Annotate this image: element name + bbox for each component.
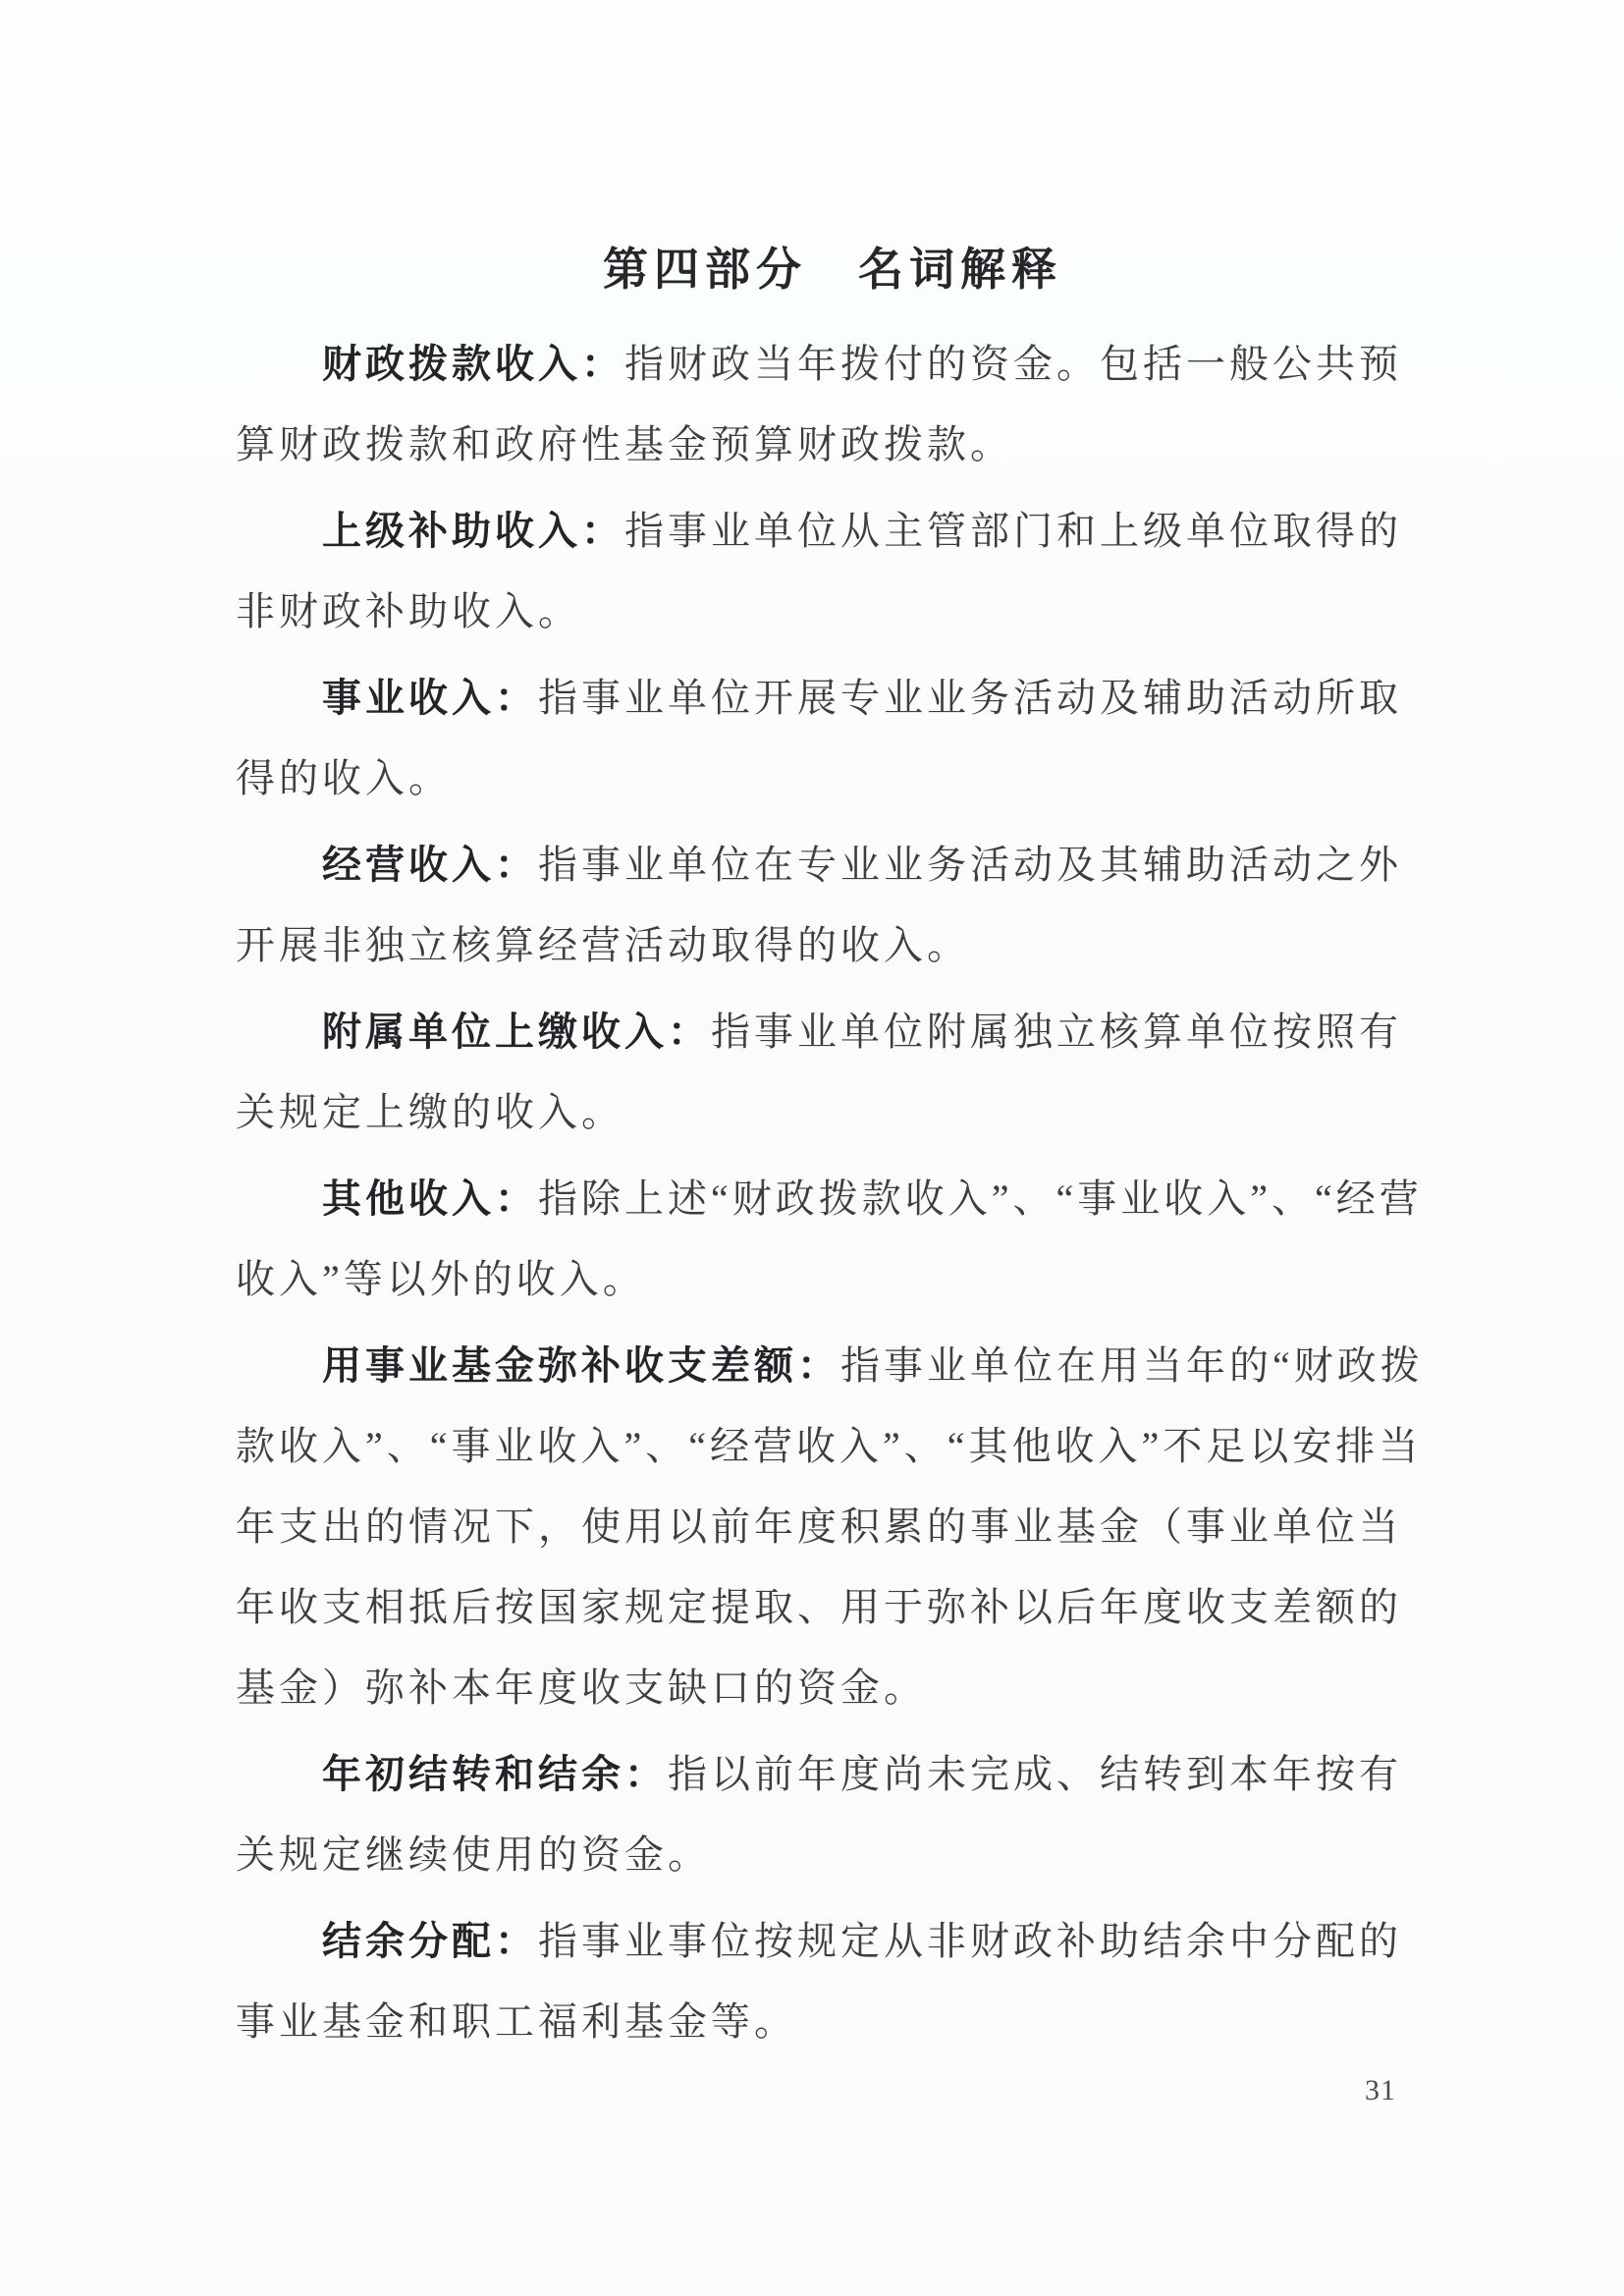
definition-paragraph: 上级补助收入：指事业单位从主管部门和上级单位取得的非财政补助收入。 [236,491,1430,652]
definition-term: 其他收入： [322,1177,538,1221]
definition-paragraph: 年初结转和结余：指以前年度尚未完成、结转到本年按有关规定继续使用的资金。 [236,1734,1430,1895]
definition-term: 财政拨款收入： [322,343,624,386]
definition-paragraph: 附属单位上缴收入：指事业单位附属独立核算单位按照有关规定上缴的收入。 [236,992,1430,1153]
definition-term: 结余分配： [322,1920,538,1963]
definition-term: 用事业基金弥补收支差额： [322,1344,840,1388]
definition-paragraph: 经营收入：指事业单位在专业业务活动及其辅助活动之外开展非独立核算经营活动取得的收… [236,825,1430,986]
page-title: 第四部分 名词解释 [236,228,1430,310]
definition-term: 附属单位上缴收入： [322,1011,711,1054]
page-number: 31 [1365,2074,1396,2107]
document-body: 第四部分 名词解释 财政拨款收入：指财政当年拨付的资金。包括一般公共预算财政拨款… [236,228,1430,2068]
definition-term: 上级补助收入： [322,510,624,553]
definition-term: 事业收入： [322,677,538,720]
definition-paragraph: 其他收入：指除上述“财政拨款收入”、“事业收入”、“经营收入”等以外的收入。 [236,1159,1430,1320]
definition-text: 指事业单位在用当年的“财政拨款收入”、“事业收入”、“经营收入”、“其他收入”不… [236,1343,1424,1710]
definition-term: 经营收入： [322,844,538,887]
definition-paragraph: 结余分配：指事业事位按规定从非财政补助结余中分配的事业基金和职工福利基金等。 [236,1901,1430,2062]
definition-term: 年初结转和结余： [322,1753,668,1796]
definition-paragraph: 用事业基金弥补收支差额：指事业单位在用当年的“财政拨款收入”、“事业收入”、“经… [236,1326,1430,1728]
definition-paragraph: 事业收入：指事业单位开展专业业务活动及辅助活动所取得的收入。 [236,658,1430,819]
definition-paragraph: 财政拨款收入：指财政当年拨付的资金。包括一般公共预算财政拨款和政府性基金预算财政… [236,324,1430,485]
document-page: 第四部分 名词解释 财政拨款收入：指财政当年拨付的资金。包括一般公共预算财政拨款… [0,0,1624,2296]
